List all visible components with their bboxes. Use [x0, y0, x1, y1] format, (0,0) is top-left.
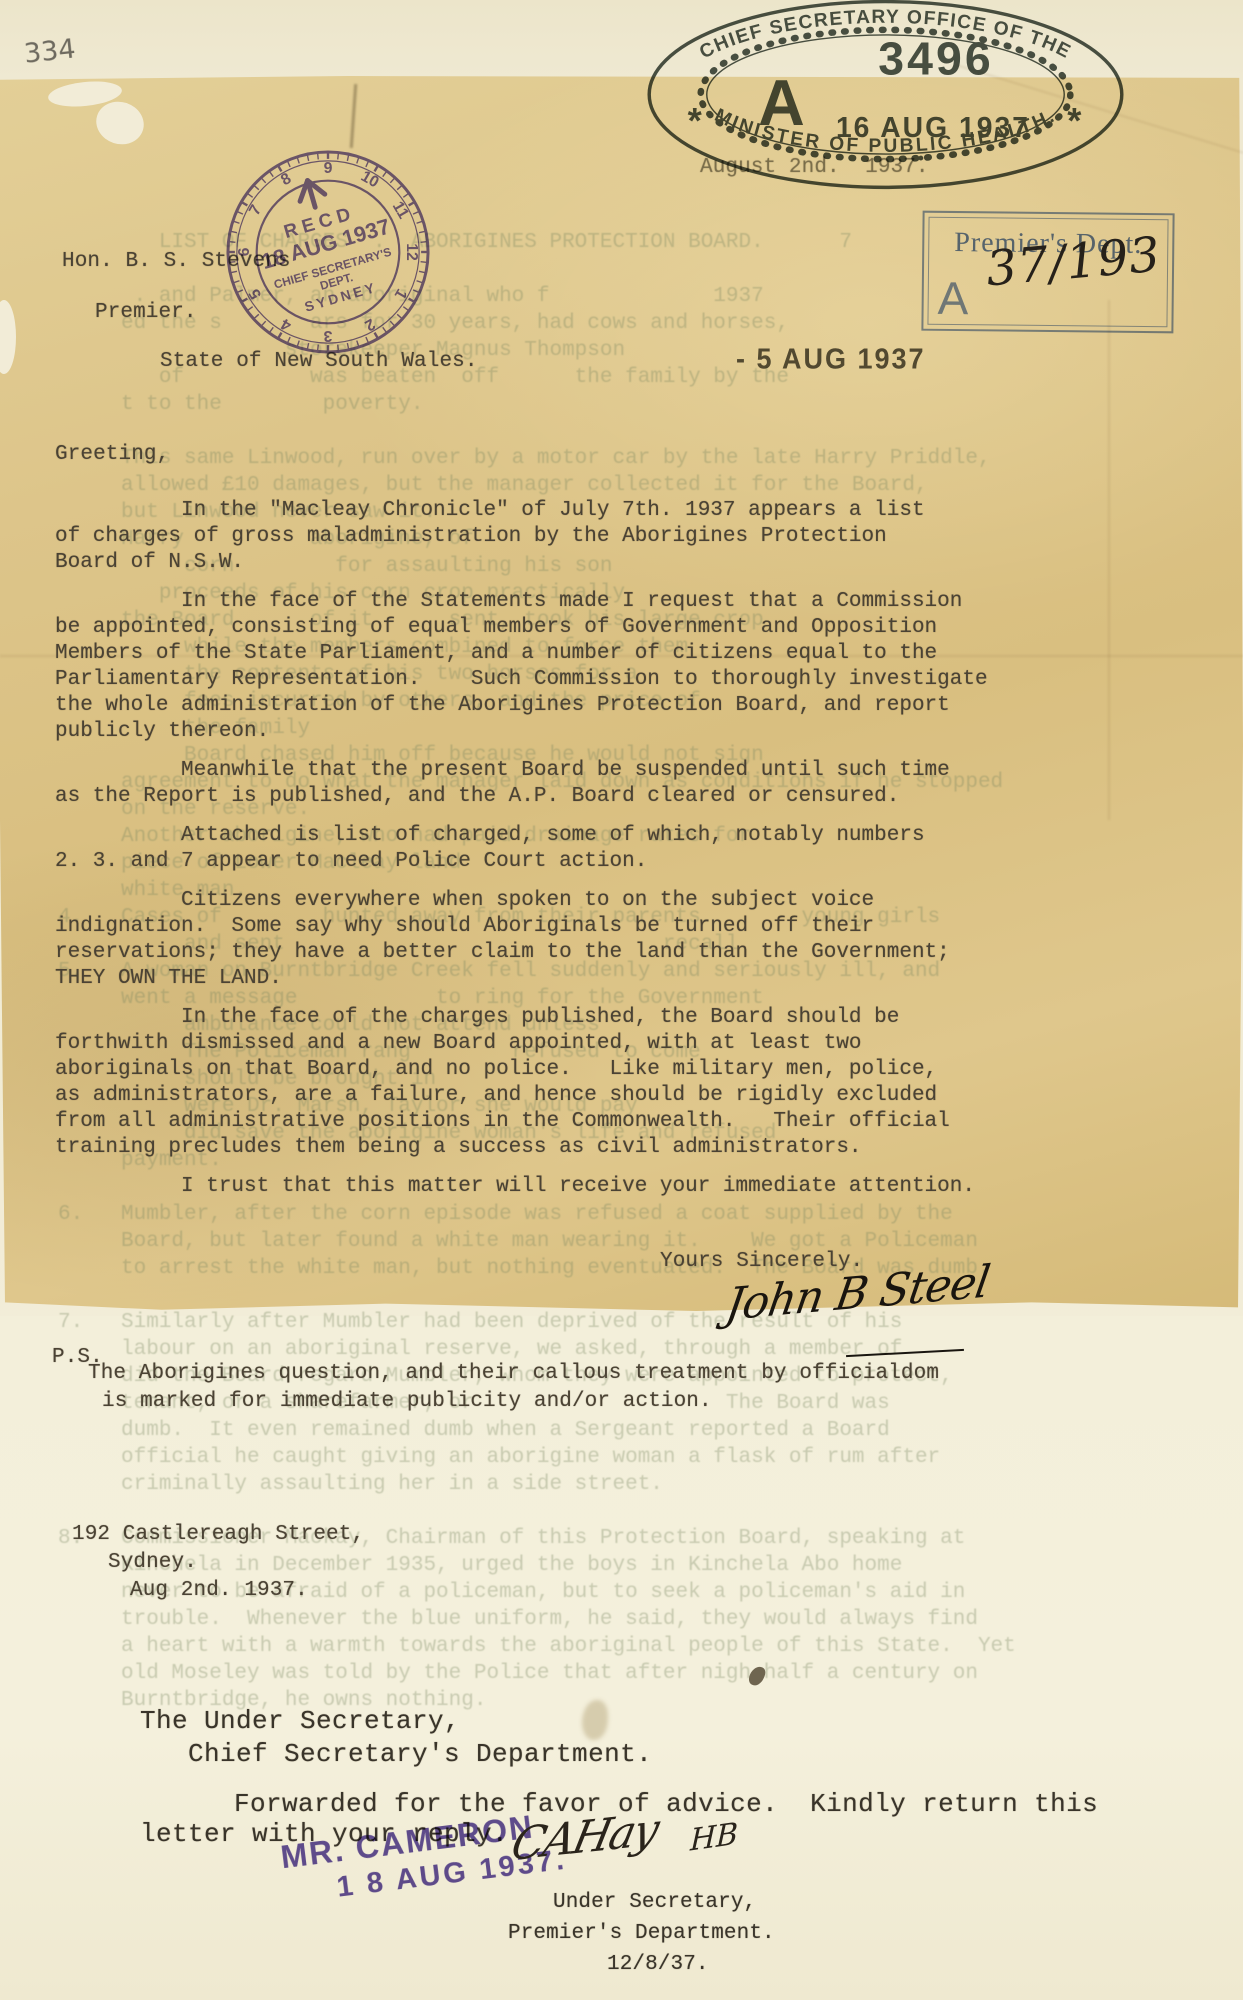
bleed-line: trouble. Whenever the blue uniform, he s…	[58, 1606, 1238, 1633]
clock-tick	[403, 307, 409, 311]
clock-tick	[278, 165, 281, 171]
typed-line: In the face of the Statements made I req…	[55, 589, 1233, 615]
recipient-title: Premier.	[95, 301, 197, 324]
clock-tick	[247, 307, 253, 311]
typed-line: In the face of the charges published, th…	[55, 1005, 1233, 1031]
clock-tick	[409, 299, 415, 302]
minute-to-line1: The Under Secretary,	[140, 1706, 460, 1736]
typed-line: Board of N.S.W.	[55, 550, 1233, 576]
clock-tick	[421, 262, 428, 263]
clock-numeral: 7	[246, 202, 265, 218]
bleed-line: dumb. It even remained dumb when a Serge…	[58, 1417, 1238, 1444]
typed-line: be appointed, consisting of equal member…	[55, 615, 1233, 641]
clock-tick	[409, 202, 415, 205]
typed-line: Members of the State Parliament, and a n…	[55, 641, 1233, 667]
typed-line: 2. 3. and 7 appear to need Police Court …	[55, 849, 1233, 875]
bleed-line	[58, 1282, 1238, 1309]
clock-numeral: 12	[403, 243, 420, 261]
clock-tick	[318, 345, 319, 352]
clock-tick	[269, 327, 273, 333]
typed-line: Attached is list of charged, some of whi…	[55, 823, 1233, 849]
clock-tick	[261, 321, 266, 326]
bleed-line: This same Linwood, run over by a motor c…	[58, 445, 1238, 472]
paragraph: Attached is list of charged, some of whi…	[55, 823, 1233, 875]
paragraph: Meanwhile that the present Board be susp…	[55, 758, 1233, 810]
oval-date: 16 AUG 1937	[836, 111, 1030, 143]
date-stamp-5-aug: - 5 AUG 1937	[736, 343, 926, 376]
clock-tick	[338, 153, 339, 160]
typed-line: Meanwhile that the present Board be susp…	[55, 758, 1233, 784]
typed-line: indignation. Some say why should Aborigi…	[55, 914, 1233, 940]
clock-tick	[278, 333, 281, 339]
clock-tick	[421, 242, 428, 243]
ps-line-1: The Aborigines question, and their callo…	[88, 1362, 939, 1385]
salutation: Greeting,	[55, 443, 169, 466]
typed-line: I trust that this matter will receive yo…	[55, 1174, 1233, 1200]
clock-numeral: 9	[324, 160, 333, 177]
typed-line: as administrators, are a failure, and he…	[55, 1083, 1233, 1109]
oval-asterisk-right: *	[1067, 100, 1082, 141]
clock-numeral: 3	[323, 327, 332, 344]
paragraph: In the "Macleay Chronicle" of July 7th. …	[55, 498, 1233, 576]
paragraph: In the face of the Statements made I req…	[55, 589, 1233, 745]
bleed-line: old Moseley was told by the Police that …	[58, 1660, 1238, 1687]
clock-numeral: 2	[362, 315, 378, 334]
clock-tick	[383, 171, 387, 177]
clock-numeral: 11	[389, 199, 412, 222]
clock-tick	[261, 178, 266, 183]
oval-dot	[918, 156, 923, 161]
minute-initials-mark: HB	[690, 1816, 739, 1858]
pencil-archive-number: 334	[23, 33, 78, 69]
clock-tick	[403, 193, 409, 197]
premiers-dept-letter-a: A	[937, 271, 968, 325]
clock-tick	[390, 321, 395, 326]
typed-line: THEY OWN THE LAND.	[55, 966, 1233, 992]
bleed-line: Board, but later found a white man weari…	[58, 1228, 1238, 1255]
bleed-line: t to the poverty.	[58, 391, 1238, 418]
clock-tick	[383, 327, 387, 333]
bleed-line: a heart with a warmth towards the aborig…	[58, 1633, 1238, 1660]
typed-line: publicly thereon.	[55, 719, 1233, 745]
clock-numeral: 1	[391, 286, 410, 302]
clock-tick	[318, 153, 319, 160]
typed-line: In the "Macleay Chronicle" of July 7th. …	[55, 498, 1233, 524]
bleed-line: official he caught giving an aborigine w…	[58, 1444, 1238, 1471]
clock-numeral: 5	[246, 286, 265, 302]
typed-line: reservations; they have a better claim t…	[55, 940, 1233, 966]
clock-tick	[229, 242, 236, 243]
clock-tick	[338, 345, 339, 352]
typed-line: training precludes them being a success …	[55, 1135, 1233, 1161]
registry-oval-stamp: CHIEF SECRETARY OFFICE OF THE MINISTER O…	[628, 0, 1143, 202]
minute-from-line3: 12/8/37.	[607, 1953, 709, 1976]
typed-line: forthwith dismissed and a new Board appo…	[55, 1031, 1233, 1057]
document-scan: 334 LIST OF CHARGES . ABORIGINES PROTECT…	[0, 0, 1243, 2000]
clock-tick	[375, 333, 378, 339]
clock-tick	[390, 178, 395, 183]
oval-letter-a: A	[758, 67, 805, 139]
sender-city: Sydney.	[108, 1551, 197, 1574]
bleed-line: allowed £10 damages, but the manager col…	[58, 472, 1238, 499]
oval-asterisk-left: *	[688, 100, 703, 141]
minute-from-line1: Under Secretary,	[553, 1891, 756, 1914]
typed-line: of charges of gross maladministration by…	[55, 524, 1233, 550]
bleed-line: 7. Similarly after Mumbler had been depr…	[58, 1309, 1238, 1336]
clock-numeral: 6	[236, 247, 253, 256]
clock-tick	[229, 262, 236, 263]
typed-line: as the Report is published, and the A.P.…	[55, 784, 1233, 810]
clock-tick	[241, 299, 247, 302]
clock-numeral: 8	[278, 170, 294, 189]
minute-from-line2: Premier's Department.	[508, 1922, 775, 1945]
clock-tick	[397, 314, 402, 319]
clock-tick	[269, 171, 273, 177]
minute-to-line2: Chief Secretary's Department.	[188, 1739, 652, 1769]
bleed-line: Kinchela in December 1935, urged the boy…	[58, 1552, 1238, 1579]
broad-arrow-icon	[295, 177, 327, 211]
paragraph: I trust that this matter will receive yo…	[55, 1174, 1233, 1200]
ps-line-2: is marked for immediate publicity and/or…	[102, 1390, 712, 1413]
clock-tick	[375, 165, 378, 171]
clock-tick	[397, 185, 402, 190]
received-round-stamp: 121234567891011 RECD 18 AUG 1937 CHIEF S…	[224, 148, 432, 356]
bleed-line	[58, 1498, 1238, 1525]
bleed-line: to arrest the white man, but nothing eve…	[58, 1255, 1238, 1282]
clock-numeral: 4	[278, 315, 294, 334]
paragraph: Citizens everywhere when spoken to on th…	[55, 888, 1233, 992]
minute-note-line1: Forwarded for the favor of advice. Kindl…	[234, 1789, 1098, 1819]
oval-number: 3496	[878, 32, 993, 84]
body-paragraphs: In the "Macleay Chronicle" of July 7th. …	[55, 498, 1233, 1213]
bleed-line: labour on an aboriginal reserve, we aske…	[58, 1336, 1238, 1363]
clock-tick	[241, 202, 247, 205]
clock-tick	[247, 193, 253, 197]
clock-tick	[254, 185, 259, 190]
bleed-line: criminally assaulting her in a side stre…	[58, 1471, 1238, 1498]
clock-tick	[254, 314, 259, 319]
typed-line: Parliamentary Representation. Such Commi…	[55, 667, 1233, 693]
typed-line: from all administrative positions in the…	[55, 1109, 1233, 1135]
typed-line: Citizens everywhere when spoken to on th…	[55, 888, 1233, 914]
typed-line: aboriginals on that Board, and no police…	[55, 1057, 1233, 1083]
sender-street: 192 Castlereagh Street,	[72, 1523, 364, 1546]
paragraph: In the face of the charges published, th…	[55, 1005, 1233, 1161]
typed-line: the whole administration of the Aborigin…	[55, 693, 1233, 719]
sender-date: Aug 2nd. 1937.	[130, 1579, 308, 1602]
bleed-line	[58, 418, 1238, 445]
